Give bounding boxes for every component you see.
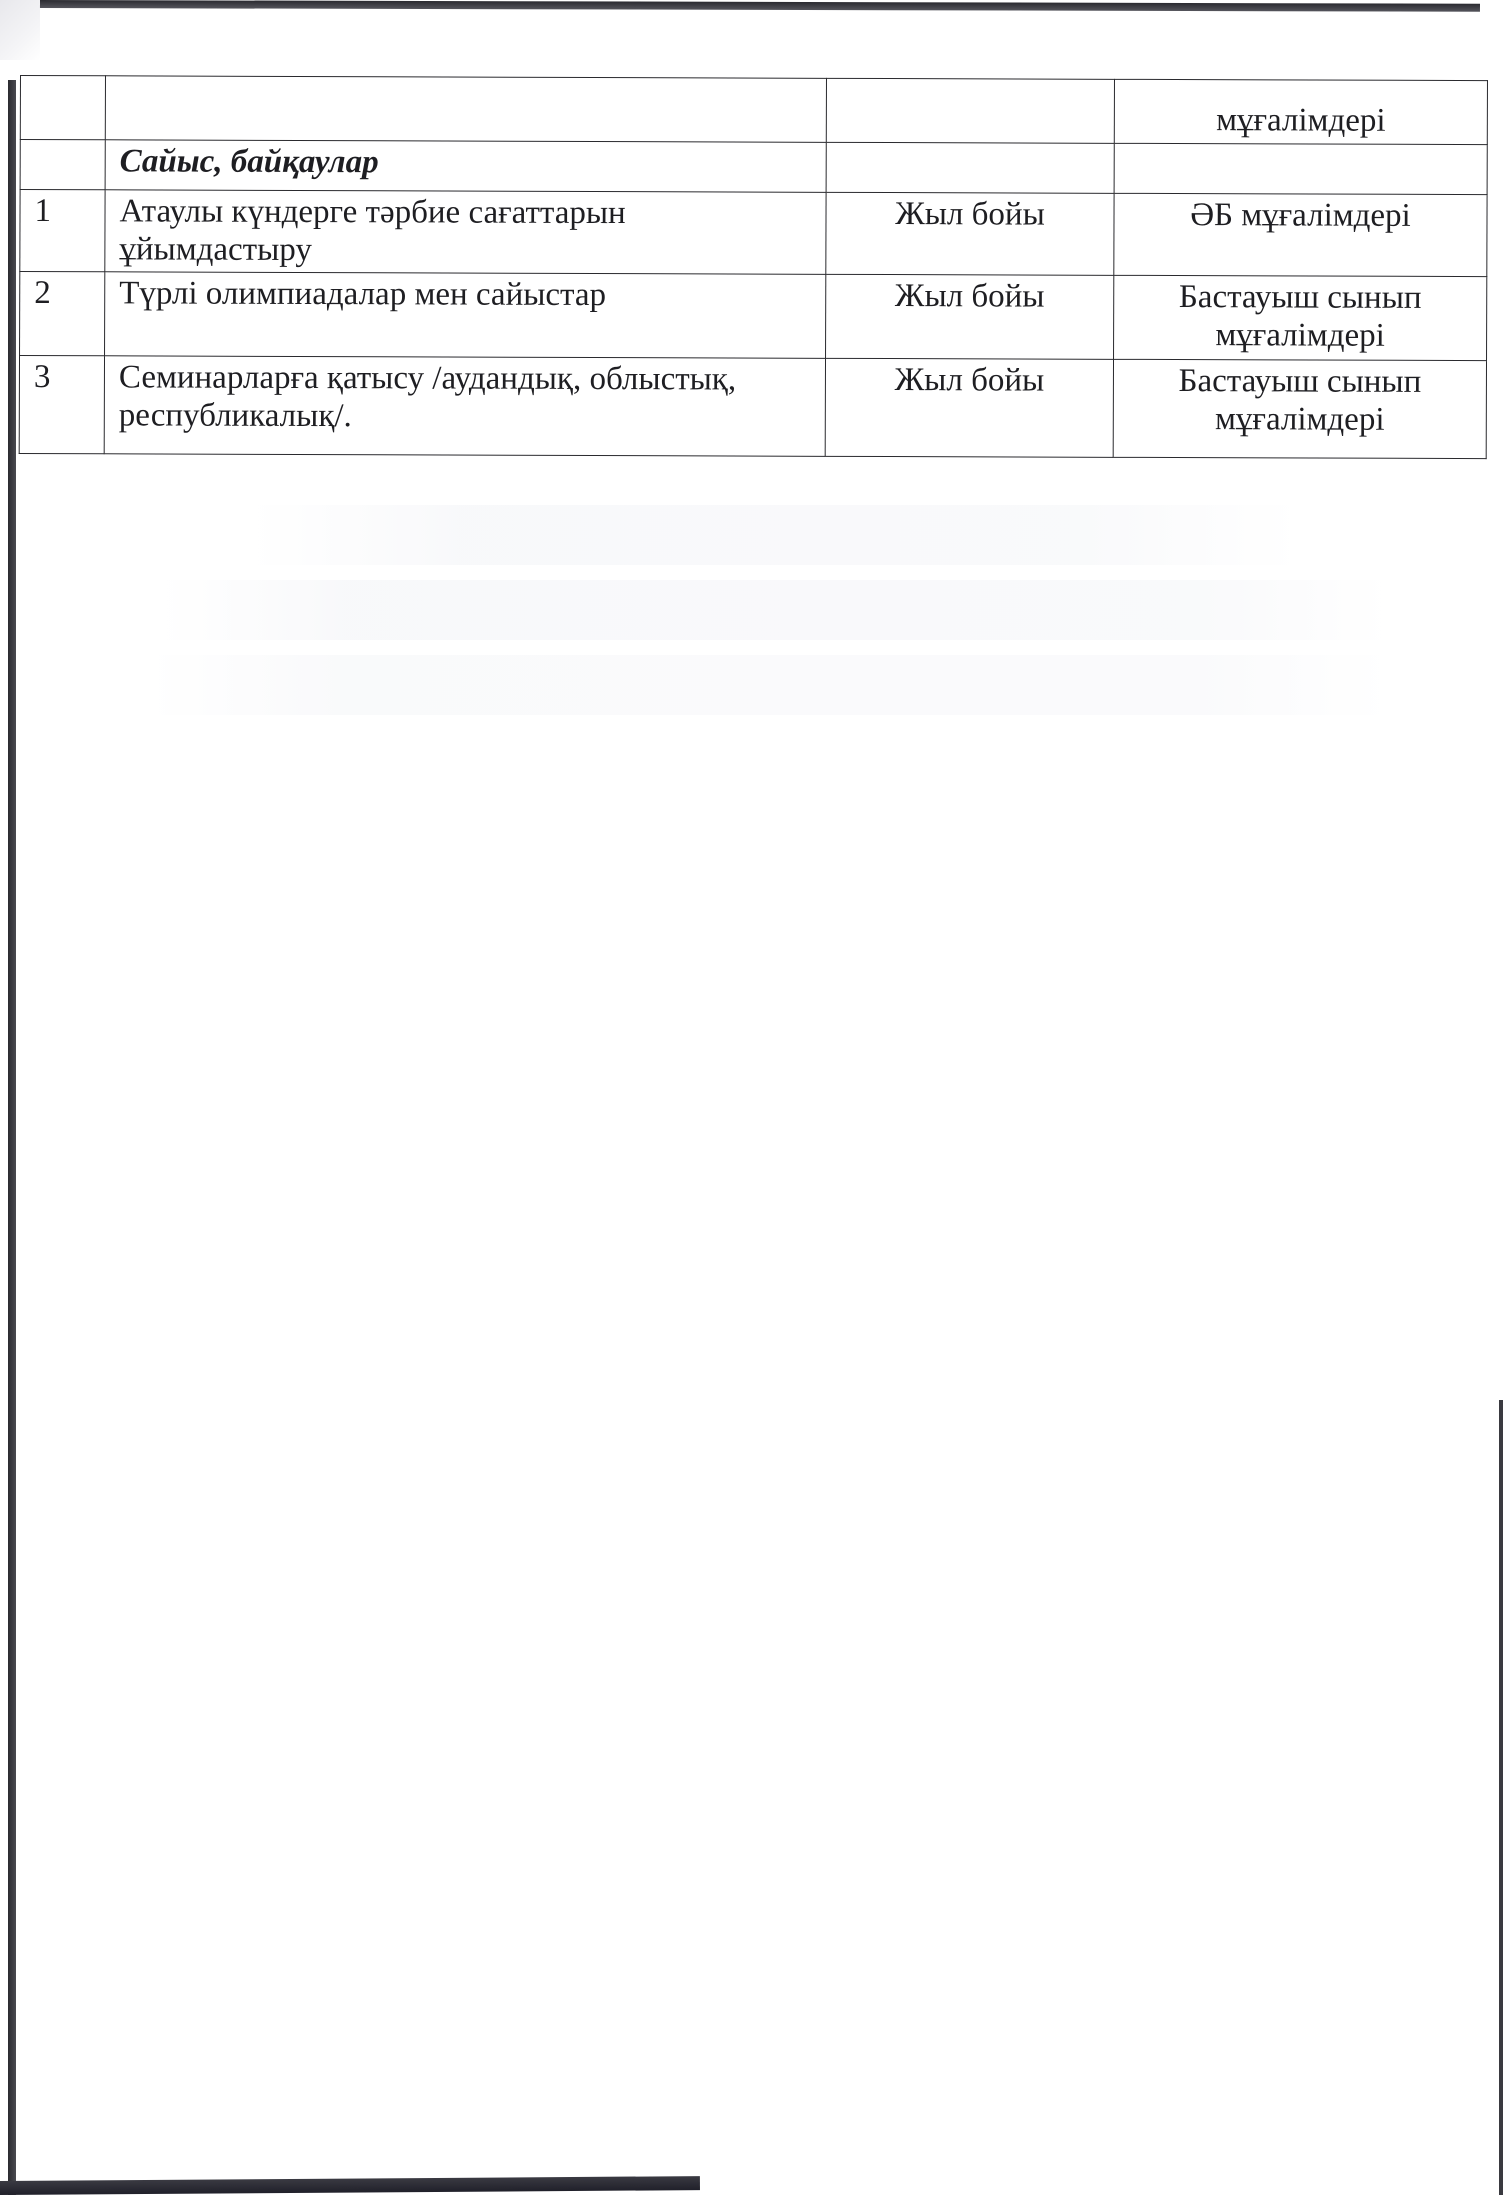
cell-number [20, 76, 105, 140]
table-row: 2 Түрлі олимпиадалар мен сайыстар Жыл бо… [20, 272, 1487, 361]
cell-responsible: мұғалімдері [1114, 79, 1487, 144]
cell-empty [20, 140, 105, 190]
table-row: 1 Атаулы күндерге тәрбие сағаттарын ұйым… [20, 190, 1487, 277]
scan-edge-bottom [0, 2176, 700, 2195]
table-row-continuation: мұғалімдері [20, 76, 1487, 145]
cell-timeframe [826, 78, 1114, 143]
section-title: Сайыс, байқаулар [105, 140, 826, 193]
cell-responsible: Бастауыш сынып мұғалімдері [1113, 359, 1486, 458]
cell-activity: Түрлі олимпиадалар мен сайыстар [105, 272, 826, 359]
scan-edge-right [1499, 1400, 1503, 2195]
cell-number: 3 [19, 356, 104, 454]
cell-timeframe: Жыл бойы [826, 274, 1114, 359]
table-row: 3 Семинарларға қатысу /аудандық, облысты… [19, 356, 1486, 459]
activity-plan-table: мұғалімдері Сайыс, байқаулар 1 Атаулы кү… [19, 75, 1488, 459]
table-section-row: Сайыс, байқаулар [20, 140, 1487, 195]
cell-timeframe: Жыл бойы [826, 192, 1114, 275]
bleed-through-line-1 [250, 505, 1300, 565]
scan-edge-left [8, 80, 16, 2195]
cell-responsible: Бастауыш сынып мұғалімдері [1114, 275, 1487, 360]
cell-number: 1 [20, 190, 105, 272]
scan-corner-fold [0, 0, 40, 60]
cell-empty [826, 142, 1114, 193]
bleed-through-line-2 [160, 580, 1390, 640]
cell-empty [1114, 143, 1487, 194]
scan-edge-top [40, 0, 1480, 12]
cell-activity [105, 76, 826, 143]
cell-activity: Семинарларға қатысу /аудандық, облыстық,… [104, 356, 825, 457]
cell-timeframe: Жыл бойы [825, 358, 1113, 457]
cell-responsible: ӘБ мұғалімдері [1114, 193, 1487, 276]
cell-number: 2 [20, 272, 105, 356]
cell-activity: Атаулы күндерге тәрбие сағаттарын ұйымда… [105, 190, 826, 275]
bleed-through-line-3 [150, 655, 1390, 715]
